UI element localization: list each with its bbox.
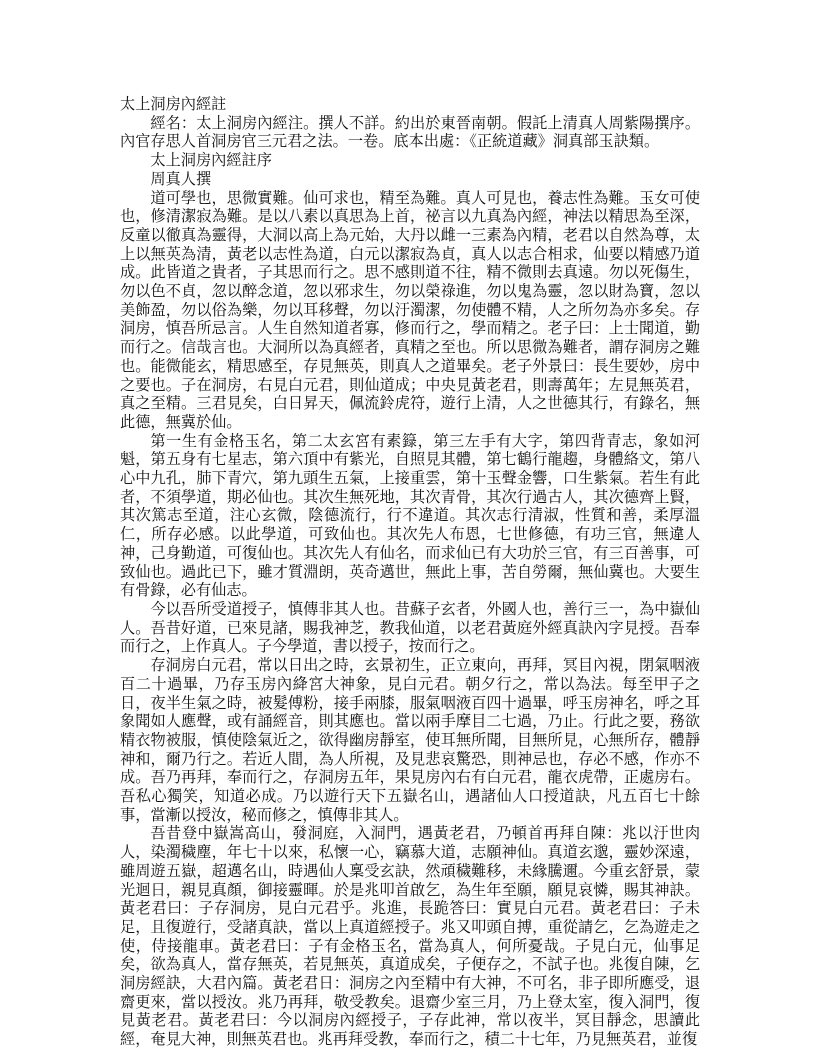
body-paragraph: 今以吾所受道授子，慎傳非其人也。昔蘇子玄者，外國人也，善行三一，為中嶽仙人。吾昔…: [120, 600, 700, 656]
scripture-note: 經名：太上洞房內經注。撰人不詳。約出於東晉南朝。假託上清真人周紫陽撰序。內官存思…: [120, 114, 700, 151]
body-paragraph: 吾昔登中嶽嵩高山，發洞庭，入洞門，遇黃老君，乃頓首再拜自陳：兆以汙世肉人，染濁穢…: [120, 824, 700, 1048]
body-paragraph: 第一生有金格玉名，第二太玄宮有素籙，第三左手有大字，第四背青志，象如河魁，第五身…: [120, 432, 700, 600]
document-page: 太上洞房內經註 經名：太上洞房內經注。撰人不詳。約出於東晉南朝。假託上清真人周紫…: [120, 95, 700, 1049]
body-paragraph: 存洞房白元君，常以日出之時，玄景初生，正立東向，再拜，冥目內視，閉氣咽液百二十過…: [120, 656, 700, 824]
preface-author: 周真人撰: [120, 170, 700, 189]
preface-title: 太上洞房內經註序: [120, 151, 700, 170]
document-title: 太上洞房內經註: [120, 95, 700, 114]
body-paragraph: 道可學也，思微實難。仙可求也，精至為難。真人可見也，養志性為難。玉女可使也，修清…: [120, 189, 700, 432]
